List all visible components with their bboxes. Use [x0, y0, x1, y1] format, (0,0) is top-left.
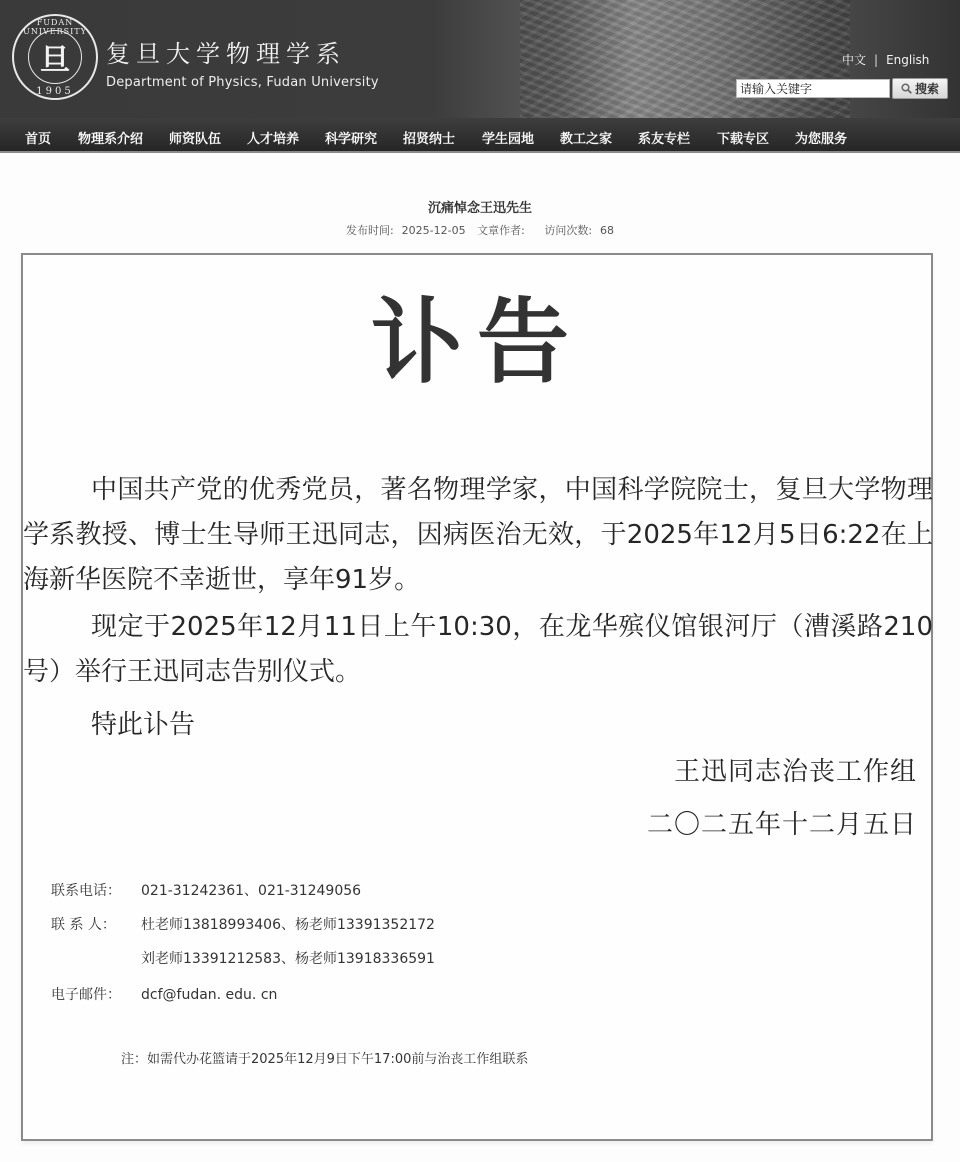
publish-date: 2025-12-05 [402, 224, 466, 237]
views-count: 68 [600, 224, 614, 237]
obituary-notice: 讣告 中国共产党的优秀党员，著名物理学家，中国科学院院士，复旦大学物理学系教授、… [21, 253, 933, 1141]
contact-persons: 联 系 人：杜老师13818993406、杨老师13391352172 [51, 914, 435, 934]
nav-item-alumni[interactable]: 系友专栏 [638, 128, 690, 147]
phone-value: 021-31242361、021-31249056 [141, 883, 361, 899]
article-title: 沉痛悼念王迅先生 [0, 197, 960, 216]
email-value[interactable]: dcf@fudan. edu. cn [141, 987, 277, 1003]
person-line-2: 刘老师13391212583、杨老师13918336591 [141, 951, 435, 967]
nav-item-staff[interactable]: 教工之家 [560, 128, 612, 147]
notice-closing: 特此讣告 [91, 703, 960, 748]
notice-paragraph-2: 现定于2025年12月11日上午10:30，在龙华殡仪馆银河厅（漕溪路210号）… [23, 605, 933, 695]
logo-seal-icon: 旦 [28, 30, 82, 84]
lang-english-link[interactable]: English [886, 53, 929, 67]
views-label: 访问次数: [544, 224, 592, 237]
publish-label: 发布时间: [346, 224, 394, 237]
author-label: 文章作者: [477, 224, 525, 237]
nav-item-about[interactable]: 物理系介绍 [78, 128, 143, 147]
phone-label: 联系电话： [51, 880, 141, 900]
header-building-illustration [520, 0, 850, 118]
search-button-label: 搜索 [915, 80, 939, 97]
main-nav: 首页 物理系介绍 师资队伍 人才培养 科学研究 招贤纳士 学生园地 教工之家 系… [0, 118, 960, 153]
university-logo[interactable]: FUDAN UNIVERSITY 旦 1905 [12, 14, 98, 100]
lang-separator: | [874, 53, 878, 67]
contact-email: 电子邮件：dcf@fudan. edu. cn [51, 984, 277, 1004]
logo-year: 1905 [14, 86, 96, 97]
article-meta: 发布时间:2025-12-05 文章作者: 访问次数:68 [0, 222, 960, 238]
person-line-1: 杜老师13818993406、杨老师13391352172 [141, 917, 435, 933]
contact-phone: 联系电话：021-31242361、021-31249056 [51, 880, 361, 900]
nav-item-students[interactable]: 学生园地 [482, 128, 534, 147]
signature-date: 二〇二五年十二月五日 [647, 804, 917, 841]
contact-persons-continued: 刘老师13391212583、杨老师13918336591 [141, 948, 435, 968]
nav-item-recruitment[interactable]: 招贤纳士 [403, 128, 455, 147]
nav-item-downloads[interactable]: 下载专区 [717, 128, 769, 147]
nav-item-education[interactable]: 人才培养 [247, 128, 299, 147]
site-title-chinese[interactable]: 复旦大学物理学系 [106, 34, 346, 69]
notice-paragraph-1: 中国共产党的优秀党员，著名物理学家，中国科学院院士，复旦大学物理学系教授、博士生… [23, 468, 933, 603]
notice-footnote: 注：如需代办花篮请于2025年12月9日下午17:00前与治丧工作组联系 [121, 1048, 528, 1067]
search-input[interactable] [736, 79, 890, 98]
signature-organization: 王迅同志治丧工作组 [674, 751, 917, 788]
language-switcher: 中文 | English [842, 51, 929, 68]
site-header: FUDAN UNIVERSITY 旦 1905 复旦大学物理学系 Departm… [0, 0, 960, 118]
nav-item-research[interactable]: 科学研究 [325, 128, 377, 147]
person-label: 联 系 人： [51, 914, 141, 934]
notice-heading: 讣告 [23, 269, 931, 401]
search-button[interactable]: 搜索 [892, 78, 948, 99]
site-title-english[interactable]: Department of Physics, Fudan University [106, 75, 379, 90]
magnifier-icon [901, 83, 912, 94]
nav-item-home[interactable]: 首页 [25, 128, 51, 147]
email-label: 电子邮件： [51, 984, 141, 1004]
nav-item-faculty[interactable]: 师资队伍 [169, 128, 221, 147]
lang-chinese-link[interactable]: 中文 [842, 51, 866, 68]
nav-item-services[interactable]: 为您服务 [795, 128, 847, 147]
